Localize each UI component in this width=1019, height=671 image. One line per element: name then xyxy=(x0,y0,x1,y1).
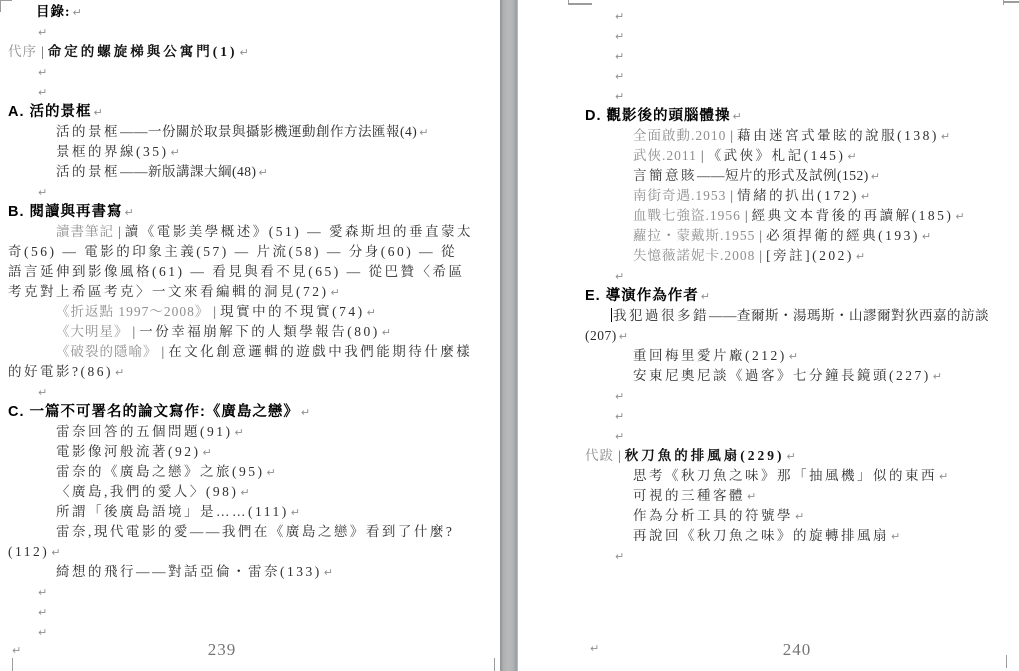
separator: | xyxy=(209,304,220,319)
paragraph-mark-icon: ↵ xyxy=(787,350,798,363)
toc-line[interactable]: ↵ xyxy=(585,86,1011,106)
paragraph-mark-icon: ↵ xyxy=(613,90,624,103)
paragraph-mark-icon: ↵ xyxy=(36,606,47,619)
toc-entry-text: 雷奈回答的五個問題(91) xyxy=(56,424,233,439)
toc-line[interactable]: 活的景框——一份關於取景與攝影機運動創作方法匯報(4)↵ xyxy=(8,122,492,142)
separator: | xyxy=(158,344,169,359)
paragraph-mark-icon: ↵ xyxy=(613,10,624,23)
toc-line[interactable]: ↵ xyxy=(8,182,492,202)
paragraph-mark-icon: ↵ xyxy=(169,146,180,159)
paragraph-mark-icon: ↵ xyxy=(854,250,865,263)
section-heading: A. 活的景框 xyxy=(8,104,92,120)
paragraph-mark-icon: ↵ xyxy=(920,230,931,243)
toc-line[interactable]: 《折返點 1997〜2008》|現實中的不現實(74)↵ xyxy=(8,302,492,322)
section-heading: C. 一篇不可署名的論文寫作:《廣島之戀》 xyxy=(8,404,299,420)
toc-line[interactable]: 南街奇遇.1953|情緒的扒出(172)↵ xyxy=(585,186,1011,206)
paragraph-mark-icon: ↵ xyxy=(613,410,624,423)
toc-entry-text: 在文化創意邏輯的遊戲中我們能期待什麼樣 xyxy=(168,344,472,359)
paragraph-mark-icon: ↵ xyxy=(380,326,391,339)
toc-line[interactable]: 武俠.2011|《武俠》札記(145)↵ xyxy=(585,146,1011,166)
toc-entry-text: ——一份關於取景與攝影機運動創作方法匯報(4) xyxy=(120,124,417,139)
toc-entry-text: 必須捍衛的經典(193) xyxy=(766,228,920,243)
toc-line[interactable]: 重回梅里愛片廠(212)↵ xyxy=(585,346,1011,366)
page-number: 240 xyxy=(757,640,837,660)
separator: | xyxy=(114,224,125,239)
section-heading: B. 閱讀與再書寫 xyxy=(8,204,123,220)
toc-label: 代跋 xyxy=(585,448,614,463)
toc-label: 《折返點 1997〜2008》 xyxy=(56,304,209,319)
toc-line[interactable]: 代跋|秋刀魚的排風扇(229)↵ xyxy=(585,446,1011,466)
page-number: 239 xyxy=(182,640,262,660)
toc-entry-text: ——新版講課大綱(48) xyxy=(120,164,257,179)
toc-label: 代序 xyxy=(8,44,37,59)
toc-line[interactable]: 蘿拉・蒙戴斯.1955|必須捍衛的經典(193)↵ xyxy=(585,226,1011,246)
paragraph-mark-icon: ↵ xyxy=(613,30,624,43)
toc-line[interactable]: (112)↵ xyxy=(8,542,492,562)
toc-entry-text: 我犯過很多錯 xyxy=(613,308,709,323)
toc-line[interactable]: 再說回《秋刀魚之味》的旋轉排風扇↵ xyxy=(585,526,1011,546)
toc-line[interactable]: ↵ xyxy=(8,82,492,102)
separator: | xyxy=(37,44,48,59)
toc-line[interactable]: 失憶薇諾妮卡.2008|[旁註](202)↵ xyxy=(585,246,1011,266)
toc-entry-text: 一份幸福崩解下的人類學報告(80) xyxy=(139,324,380,339)
toc-entry-text: ——查爾斯・湯瑪斯・山謬爾對狄西嘉的訪談 xyxy=(709,308,989,323)
toc-line[interactable]: 奇(56) — 電影的印象主義(57) — 片流(58) — 分身(60) — … xyxy=(8,242,492,262)
paragraph-mark-icon: ↵ xyxy=(322,566,333,579)
toc-line[interactable]: 代序|命定的螺旋梯與公寓門(1)↵ xyxy=(8,42,492,62)
paragraph-mark-icon: ↵ xyxy=(36,626,47,639)
toc-entry-text: 讀《電影美學概述》(51) — 愛森斯坦的垂直蒙太 xyxy=(125,224,473,239)
toc-line[interactable]: 目錄:↵ xyxy=(8,2,492,22)
paragraph-mark-icon: ↵ xyxy=(257,166,268,179)
toc-entry-text: (207) xyxy=(585,328,617,343)
text-boundary-mark-icon xyxy=(494,658,495,671)
paragraph-mark-icon: ↵ xyxy=(953,210,964,223)
separator: | xyxy=(755,228,766,243)
toc-label: 失憶薇諾妮卡.2008 xyxy=(633,248,755,263)
paragraph-mark-icon: ↵ xyxy=(123,206,134,219)
toc-label: 武俠.2011 xyxy=(633,148,697,163)
toc-line[interactable]: ↵ xyxy=(8,382,492,402)
toc-title: 目錄: xyxy=(36,4,71,19)
toc-entry-text: 可視的三種客體 xyxy=(633,488,745,503)
toc-label: 《破裂的隱喻》 xyxy=(56,344,158,359)
document-page-right[interactable]: ↵↵↵↵↵D. 觀影後的頭腦體操↵全面啟動.2010|藉由迷宮式暈眩的說服(13… xyxy=(518,0,1019,671)
toc-line[interactable]: 讀書筆記|讀《電影美學概述》(51) — 愛森斯坦的垂直蒙太 xyxy=(8,222,492,242)
separator: | xyxy=(697,148,708,163)
paragraph-mark-icon: ↵ xyxy=(859,190,870,203)
toc-entry-text: 〈廣島,我們的愛人〉(98) xyxy=(56,484,238,499)
toc-line[interactable]: 雷奈的《廣島之戀》之旅(95)↵ xyxy=(8,462,492,482)
paragraph-mark-icon: ↵ xyxy=(289,506,300,519)
toc-entry-text: 思考《秋刀魚之味》那「抽風機」似的東西 xyxy=(633,468,937,483)
toc-entry-text: 言簡意賅 xyxy=(633,168,697,183)
toc-line[interactable]: 考克對上希區考克〉一文來看編輯的洞見(72)↵ xyxy=(8,282,492,302)
toc-line[interactable]: ↵ xyxy=(8,582,492,602)
toc-label: 《大明星》 xyxy=(56,324,129,339)
paragraph-mark-icon: ↵ xyxy=(699,290,710,303)
toc-entry-text: 景框的界線(35) xyxy=(56,144,169,159)
separator: | xyxy=(614,448,625,463)
paragraph-mark-icon: ↵ xyxy=(365,306,376,319)
paragraph-mark-icon: ↵ xyxy=(613,50,624,63)
toc-line[interactable]: 言簡意賅——短片的形式及試例(152)↵ xyxy=(585,166,1011,186)
paragraph-mark-icon: ↵ xyxy=(939,130,950,143)
toc-line[interactable]: 《大明星》|一份幸福崩解下的人類學報告(80)↵ xyxy=(8,322,492,342)
toc-line[interactable]: 電影像河般流著(92)↵ xyxy=(8,442,492,462)
toc-line[interactable]: ↵ xyxy=(585,406,1011,426)
separator: | xyxy=(755,248,766,263)
toc-entry-text: 《武俠》札記(145) xyxy=(708,148,846,163)
paragraph-mark-icon: ↵ xyxy=(417,126,428,139)
toc-line[interactable]: 可視的三種客體↵ xyxy=(585,486,1011,506)
toc-label: 蘿拉・蒙戴斯.1955 xyxy=(633,228,755,243)
toc-entry-text: [旁註](202) xyxy=(766,248,854,263)
paragraph-mark-icon: ↵ xyxy=(299,406,310,419)
paragraph-mark-icon: ↵ xyxy=(613,550,624,563)
toc-line[interactable]: ↵ xyxy=(8,62,492,82)
toc-entry-text: 語言延伸到影像風格(61) — 看見與看不見(65) — 從巴贊〈希區 xyxy=(8,264,464,279)
toc-line[interactable]: D. 觀影後的頭腦體操↵ xyxy=(585,106,1011,126)
page-text-flow[interactable]: ↵↵↵↵↵D. 觀影後的頭腦體操↵全面啟動.2010|藉由迷宮式暈眩的說服(13… xyxy=(518,0,1019,566)
paragraph-mark-icon: ↵ xyxy=(233,426,244,439)
separator: | xyxy=(129,324,140,339)
toc-line[interactable]: 血戰七強盜.1956|經典文本背後的再讀解(185)↵ xyxy=(585,206,1011,226)
chapter-title: 秋刀魚的排風扇(229) xyxy=(625,448,785,463)
toc-entry-text: 經典文本背後的再讀解(185) xyxy=(752,208,954,223)
text-boundary-mark-icon xyxy=(12,658,13,671)
toc-line[interactable]: 《破裂的隱喻》|在文化創意邏輯的遊戲中我們能期待什麼樣 xyxy=(8,342,492,362)
toc-line[interactable]: 全面啟動.2010|藉由迷宮式暈眩的說服(138)↵ xyxy=(585,126,1011,146)
toc-line[interactable]: (207)↵ xyxy=(585,326,1011,346)
toc-line[interactable]: ↵ xyxy=(585,546,1011,566)
paragraph-mark-icon: ↵ xyxy=(617,330,628,343)
paragraph-mark-icon: ↵ xyxy=(845,150,856,163)
paragraph-mark-icon: ↵ xyxy=(36,386,47,399)
paragraph-mark-icon: ↵ xyxy=(793,510,804,523)
toc-entry-text: 所謂「後廣島語境」是……(111) xyxy=(56,504,289,519)
text-cursor xyxy=(611,308,612,322)
paragraph-mark-icon: ↵ xyxy=(329,286,340,299)
toc-label: 讀書筆記 xyxy=(56,224,114,239)
paragraph-mark-icon: ↵ xyxy=(869,170,880,183)
toc-line[interactable]: ↵ xyxy=(585,266,1011,286)
toc-line[interactable]: 我犯過很多錯——查爾斯・湯瑪斯・山謬爾對狄西嘉的訪談 xyxy=(585,306,1011,326)
toc-entry-text: 重回梅里愛片廠(212) xyxy=(633,348,787,363)
toc-line[interactable]: 景框的界線(35)↵ xyxy=(8,142,492,162)
toc-line[interactable]: 雷奈回答的五個問題(91)↵ xyxy=(8,422,492,442)
toc-line[interactable]: 雷奈,現代電影的愛——我們在《廣島之戀》看到了什麼? xyxy=(8,522,492,542)
toc-entry-text: 活的景框 xyxy=(56,124,120,139)
toc-line[interactable]: 語言延伸到影像風格(61) — 看見與看不見(65) — 從巴贊〈希區 xyxy=(8,262,492,282)
document-canvas: 目錄:↵↵代序|命定的螺旋梯與公寓門(1)↵↵↵A. 活的景框↵活的景框——一份… xyxy=(0,0,1019,671)
toc-line[interactable]: B. 閱讀與再書寫↵ xyxy=(8,202,492,222)
toc-line[interactable]: E. 導演作為作者↵ xyxy=(585,286,1011,306)
toc-entry-text: 雷奈的《廣島之戀》之旅(95) xyxy=(56,464,265,479)
toc-line[interactable]: A. 活的景框↵ xyxy=(8,102,492,122)
chapter-title: 命定的螺旋梯與公寓門(1) xyxy=(48,44,238,59)
toc-label: 南街奇遇.1953 xyxy=(633,188,726,203)
toc-line[interactable]: ↵ xyxy=(585,46,1011,66)
toc-line[interactable]: C. 一篇不可署名的論文寫作:《廣島之戀》↵ xyxy=(8,402,492,422)
paragraph-mark-icon: ↵ xyxy=(92,106,103,119)
paragraph-mark-icon: ↵ xyxy=(238,486,249,499)
toc-line[interactable]: 思考《秋刀魚之味》那「抽風機」似的東西↵ xyxy=(585,466,1011,486)
toc-line[interactable]: ↵ xyxy=(585,386,1011,406)
paragraph-mark-icon: ↵ xyxy=(237,46,248,59)
document-page-left[interactable]: 目錄:↵↵代序|命定的螺旋梯與公寓門(1)↵↵↵A. 活的景框↵活的景框——一份… xyxy=(0,0,500,671)
toc-line[interactable]: 所謂「後廣島語境」是……(111)↵ xyxy=(8,502,492,522)
toc-entry-text: 的好電影?(86) xyxy=(8,364,113,379)
toc-line[interactable]: 綺想的飛行——對話亞倫・雷奈(133)↵ xyxy=(8,562,492,582)
text-boundary-mark-icon xyxy=(1006,655,1007,668)
toc-line[interactable]: ↵ xyxy=(585,426,1011,446)
toc-entry-text: 雷奈,現代電影的愛——我們在《廣島之戀》看到了什麼? xyxy=(56,524,454,539)
toc-line[interactable]: ↵ xyxy=(585,26,1011,46)
paragraph-mark-icon: ↵ xyxy=(889,530,900,543)
toc-entry-text: 綺想的飛行——對話亞倫・雷奈(133) xyxy=(56,564,322,579)
toc-line[interactable]: 安東尼奧尼談《過客》七分鐘長鏡頭(227)↵ xyxy=(585,366,1011,386)
paragraph-mark-icon: ↵ xyxy=(745,490,756,503)
paragraph-mark-icon: ↵ xyxy=(201,446,212,459)
separator: | xyxy=(726,128,737,143)
page-gap-divider xyxy=(500,0,518,671)
paragraph-mark-icon: ↵ xyxy=(36,86,47,99)
paragraph-mark-icon: ↵ xyxy=(265,466,276,479)
toc-line[interactable]: 作為分析工具的符號學↵ xyxy=(585,506,1011,526)
toc-entry-text: 考克對上希區考克〉一文來看編輯的洞見(72) xyxy=(8,284,329,299)
toc-entry-text: (112) xyxy=(8,544,49,559)
toc-entry-text: ——短片的形式及試例(152) xyxy=(697,168,869,183)
paragraph-mark-icon: ↵ xyxy=(36,26,47,39)
toc-line[interactable]: ↵ xyxy=(8,602,492,622)
separator: | xyxy=(726,188,737,203)
paragraph-mark-icon: ↵ xyxy=(731,110,742,123)
toc-label: 血戰七強盜.1956 xyxy=(633,208,741,223)
toc-entry-text: 情緒的扒出(172) xyxy=(737,188,859,203)
paragraph-mark-icon: ↵ xyxy=(71,6,82,19)
paragraph-mark-icon: ↵ xyxy=(36,66,47,79)
toc-entry-text: 作為分析工具的符號學 xyxy=(633,508,793,523)
toc-line[interactable]: ↵ xyxy=(8,22,492,42)
paragraph-mark-icon: ↵ xyxy=(36,586,47,599)
paragraph-mark-icon: ↵ xyxy=(613,430,624,443)
toc-line[interactable]: ↵ xyxy=(585,66,1011,86)
toc-line[interactable]: 的好電影?(86)↵ xyxy=(8,362,492,382)
paragraph-mark-icon: ↵ xyxy=(613,70,624,83)
toc-line[interactable]: ↵ xyxy=(585,6,1011,26)
paragraph-mark-icon: ↵ xyxy=(12,644,21,657)
toc-entry-text: 安東尼奧尼談《過客》七分鐘長鏡頭(227) xyxy=(633,368,931,383)
section-heading: E. 導演作為作者 xyxy=(585,288,699,304)
paragraph-mark-icon: ↵ xyxy=(590,642,599,655)
separator: | xyxy=(741,208,752,223)
toc-entry-text: 奇(56) — 電影的印象主義(57) — 片流(58) — 分身(60) — … xyxy=(8,244,457,259)
paragraph-mark-icon: ↵ xyxy=(784,450,795,463)
paragraph-mark-icon: ↵ xyxy=(49,546,60,559)
toc-label: 全面啟動.2010 xyxy=(633,128,726,143)
toc-line[interactable]: ↵ xyxy=(8,622,492,642)
paragraph-mark-icon: ↵ xyxy=(613,390,624,403)
toc-line[interactable]: 〈廣島,我們的愛人〉(98)↵ xyxy=(8,482,492,502)
toc-entry-text: 再說回《秋刀魚之味》的旋轉排風扇 xyxy=(633,528,889,543)
page-text-flow[interactable]: 目錄:↵↵代序|命定的螺旋梯與公寓門(1)↵↵↵A. 活的景框↵活的景框——一份… xyxy=(0,0,500,642)
paragraph-mark-icon: ↵ xyxy=(113,366,124,379)
paragraph-mark-icon: ↵ xyxy=(36,186,47,199)
toc-entry-text: 電影像河般流著(92) xyxy=(56,444,201,459)
toc-entry-text: 現實中的不現實(74) xyxy=(220,304,365,319)
section-heading: D. 觀影後的頭腦體操 xyxy=(585,108,731,124)
paragraph-mark-icon: ↵ xyxy=(613,270,624,283)
toc-entry-text: 活的景框 xyxy=(56,164,120,179)
paragraph-mark-icon: ↵ xyxy=(937,470,948,483)
toc-line[interactable]: 活的景框——新版講課大綱(48)↵ xyxy=(8,162,492,182)
toc-entry-text: 藉由迷宮式暈眩的說服(138) xyxy=(737,128,939,143)
paragraph-mark-icon: ↵ xyxy=(931,370,942,383)
